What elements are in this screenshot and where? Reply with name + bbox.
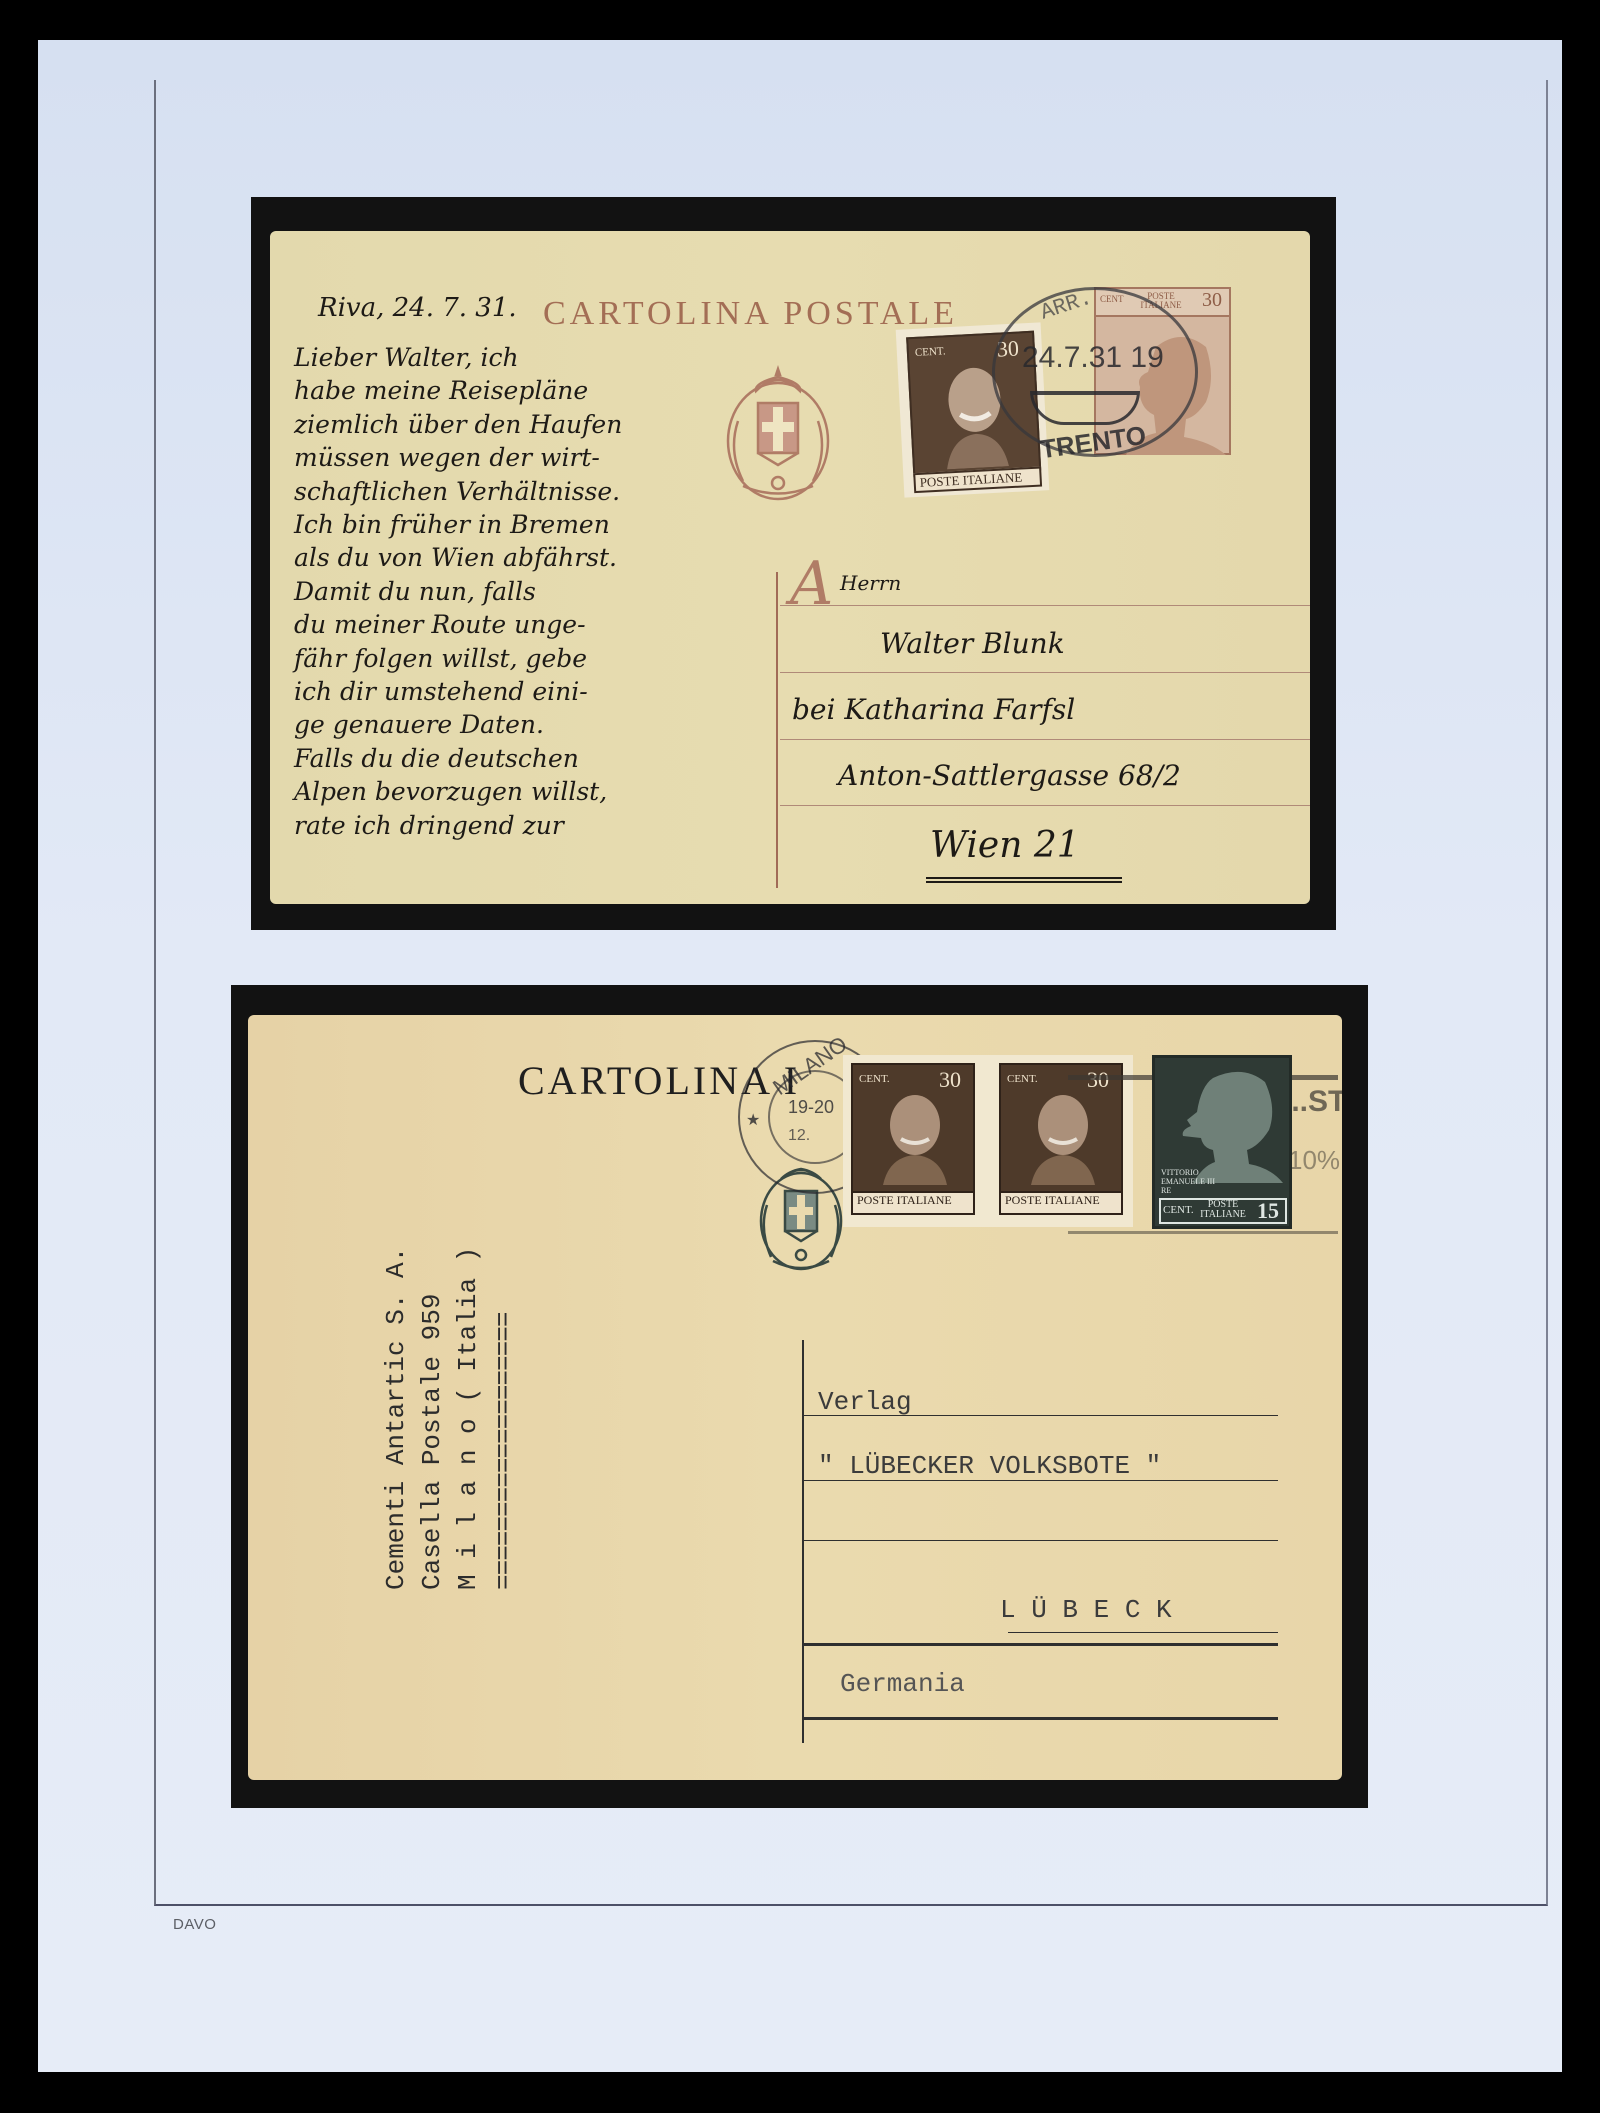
stamp-label-bottom: POSTE ITALIANE — [919, 470, 1022, 491]
address-rule — [804, 1415, 1278, 1416]
card2-sender-block: Cementi Antartic S. A. Casella Postale 9… — [378, 1178, 498, 1590]
address-box-bottom — [802, 1717, 1278, 1720]
card1-message-line: ich dir umstehend eini- — [294, 677, 588, 706]
postmark-date: 19-20 — [788, 1097, 834, 1118]
postmark-line3: 12. — [788, 1127, 810, 1145]
sender-line-1: Cementi Antartic S. A. — [378, 1178, 414, 1590]
king-portrait-icon — [871, 1085, 959, 1185]
card1-message-line: Ich bin früher in Bremen — [294, 510, 610, 539]
sender-line-3: M i l a n o ( Italia ) — [450, 1178, 486, 1590]
card2-imprinted-stamp: VITTORIO EMANUELE III RE CENT. POSTE ITA… — [1152, 1055, 1292, 1229]
stamp-value: 15 — [1257, 1198, 1279, 1224]
maker-label: DAVO — [173, 1916, 216, 1933]
card1-salutation-initial: A — [790, 549, 833, 619]
card1-date-line: Riva, 24. 7. 31. — [318, 293, 517, 323]
address-box-left — [802, 1340, 804, 1743]
card1-address-line-2: bei Katharina Farfsl — [792, 693, 1075, 726]
king-portrait-icon — [1173, 1068, 1283, 1183]
card1-message-line: ziemlich über den Haufen — [294, 410, 622, 439]
card1-address-line-3: Anton-Sattlergasse 68/2 — [838, 759, 1181, 792]
card1-printed-title: CARTOLINA POSTALE — [543, 295, 958, 333]
postcard-2: CARTOLINA I Cementi Antartic S. A. Casel… — [248, 1015, 1342, 1780]
sender-line-2: Casella Postale 959 — [414, 1178, 450, 1590]
card2-country: Germania — [840, 1669, 965, 1699]
stamp-cent: CENT. — [859, 1073, 890, 1085]
stamp-label-bottom: POSTE ITALIANE — [857, 1193, 952, 1208]
address-rule-heavy — [804, 1643, 1278, 1646]
card1-address-line-4: Wien 21 — [930, 825, 1080, 866]
star-icon: ★ — [746, 1110, 760, 1130]
card1-message-line: schaftlichen Verhältnisse. — [294, 477, 620, 506]
stamp-label-bottom: POSTE ITALIANE — [1195, 1200, 1251, 1220]
card1-divider — [776, 572, 778, 888]
card2-adhesive-stamp: CENT.30POSTE ITALIANE — [851, 1063, 975, 1215]
stamp-label-bottom: POSTE ITALIANE — [1005, 1193, 1100, 1208]
king-portrait-icon — [1019, 1085, 1107, 1185]
postmark-date: 24.7.31 19 — [1022, 341, 1164, 375]
postcard-1: CARTOLINA POSTALE Riva, 24. 7. 31. Liebe… — [270, 231, 1310, 904]
card2-address-line-4: L Ü B E C K — [1000, 1595, 1172, 1625]
card1-message-line: Alpen bevorzugen willst, — [294, 777, 607, 806]
card2-address-line-1: Verlag — [818, 1387, 912, 1417]
card2-address-line-2: " LÜBECKER VOLKSBOTE " — [818, 1451, 1161, 1481]
stamp-cent: CENT. — [1163, 1204, 1194, 1216]
address-rule — [804, 1540, 1278, 1541]
card1-message-line: du meiner Route unge- — [294, 610, 586, 639]
slogan-cancel-fragment: 10% — [1288, 1145, 1340, 1176]
city-underline — [926, 877, 1122, 883]
card1-message-line: fähr folgen willst, gebe — [294, 644, 587, 673]
address-rule — [780, 739, 1310, 740]
stamp-caption: VITTORIO EMANUELE III RE — [1161, 1168, 1221, 1195]
card1-message-line: ge genauere Daten. — [294, 710, 544, 739]
card1-message-line: habe meine Reisepläne — [294, 376, 588, 405]
address-rule — [1008, 1632, 1278, 1633]
card1-message-line: müssen wegen der wirt- — [294, 443, 600, 472]
address-rule — [780, 805, 1310, 806]
card2-adhesive-stamp: CENT.30POSTE ITALIANE — [999, 1063, 1123, 1215]
stamp-cent: CENT. — [915, 345, 946, 359]
card1-address-line-1: Walter Blunk — [880, 627, 1065, 660]
address-rule — [780, 672, 1310, 673]
stamp-cent: CENT. — [1007, 1073, 1038, 1085]
card1-message-line: rate ich dringend zur — [294, 811, 564, 840]
card1-message-line: Lieber Walter, ich — [294, 343, 519, 372]
slogan-cancel-bar — [1068, 1231, 1338, 1234]
sender-rule: =================== — [486, 1178, 522, 1590]
stamp-value: 30 — [1202, 289, 1222, 312]
address-rule — [804, 1480, 1278, 1481]
card1-salutation: Herrn — [840, 571, 901, 595]
coat-of-arms-icon — [718, 361, 838, 506]
postmark-bridge — [1030, 391, 1140, 425]
card1-message-line: Damit du nun, falls — [294, 577, 536, 606]
address-rule — [780, 605, 1310, 606]
card1-message-line: als du von Wien abfährst. — [294, 543, 617, 572]
card1-message-line: Falls du die deutschen — [294, 744, 579, 773]
